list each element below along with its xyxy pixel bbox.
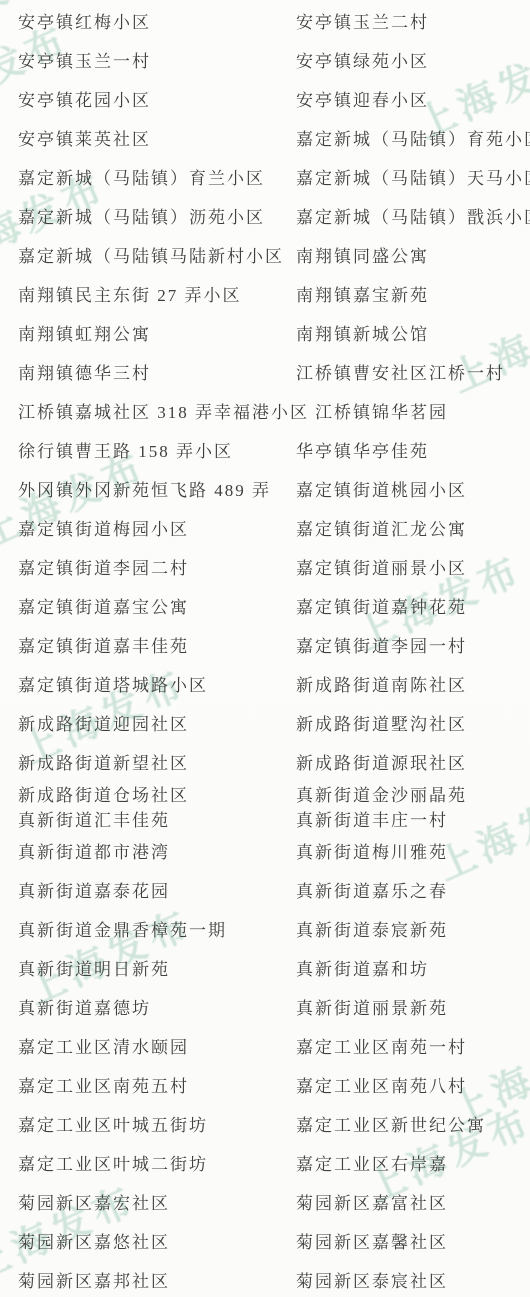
community-item: 真新街道嘉德坊 — [0, 994, 290, 1019]
community-item: 嘉定工业区新世纪公寓 — [290, 1111, 530, 1136]
community-item: 江桥镇嘉城社区 318 弄幸福港小区 — [0, 398, 309, 423]
community-item: 菊园新区嘉馨社区 — [290, 1228, 530, 1253]
community-item: 嘉定新城（马陆镇）天马小区 — [290, 164, 530, 189]
list-row: 嘉定镇街道嘉丰佳苑嘉定镇街道李园一村 — [0, 625, 530, 664]
community-item: 嘉定工业区南苑五村 — [0, 1072, 290, 1097]
list-row: 新成路街道仓场社区真新街道金沙丽晶苑 — [0, 781, 530, 806]
community-item: 嘉定新城（马陆镇马陆新村小区 — [0, 242, 290, 267]
list-row: 菊园新区嘉宏社区菊园新区嘉富社区 — [0, 1182, 530, 1221]
community-item: 新成路街道墅沟社区 — [290, 710, 530, 735]
community-item: 真新街道汇丰佳苑 — [0, 806, 290, 831]
community-item: 真新街道泰宸新苑 — [290, 916, 530, 941]
list-row: 嘉定新城（马陆镇）育兰小区嘉定新城（马陆镇）天马小区 — [0, 157, 530, 196]
community-item: 嘉定新城（马陆镇）育苑小区 — [290, 125, 530, 150]
community-item: 外冈镇外冈新苑恒飞路 489 弄 — [0, 476, 290, 501]
community-item: 嘉定镇街道嘉钟花苑 — [290, 593, 530, 618]
community-item: 江桥镇锦华茗园 — [309, 398, 530, 423]
list-row: 嘉定工业区南苑五村嘉定工业区南苑八村 — [0, 1065, 530, 1104]
list-row: 菊园新区嘉邦社区菊园新区泰宸社区 — [0, 1260, 530, 1297]
community-item: 真新街道丰庄一村 — [290, 806, 530, 831]
community-item: 真新街道嘉乐之春 — [290, 877, 530, 902]
list-row: 嘉定镇街道李园二村嘉定镇街道丽景小区 — [0, 547, 530, 586]
list-row: 真新街道汇丰佳苑真新街道丰庄一村 — [0, 806, 530, 831]
community-item: 安亭镇红梅小区 — [0, 8, 290, 33]
list-row: 嘉定镇街道梅园小区嘉定镇街道汇龙公寓 — [0, 508, 530, 547]
community-item: 嘉定新城（马陆镇）戬浜小区 — [290, 203, 530, 228]
list-row: 嘉定新城（马陆镇）沥苑小区嘉定新城（马陆镇）戬浜小区 — [0, 196, 530, 235]
community-item: 嘉定工业区叶城五街坊 — [0, 1111, 290, 1136]
community-item: 新成路街道南陈社区 — [290, 671, 530, 696]
community-item: 真新街道金鼎香樟苑一期 — [0, 916, 290, 941]
community-item: 嘉定工业区右岸嘉 — [290, 1150, 530, 1175]
list-row: 南翔镇德华三村江桥镇曹安社区江桥一村 — [0, 352, 530, 391]
list-row: 嘉定镇街道嘉宝公寓嘉定镇街道嘉钟花苑 — [0, 586, 530, 625]
community-item: 嘉定镇街道塔城路小区 — [0, 671, 290, 696]
community-item: 嘉定镇街道李园一村 — [290, 632, 530, 657]
community-item: 南翔镇新城公馆 — [290, 320, 530, 345]
community-item: 菊园新区嘉富社区 — [290, 1189, 530, 1214]
list-row: 安亭镇莱英社区嘉定新城（马陆镇）育苑小区 — [0, 118, 530, 157]
community-item: 江桥镇曹安社区江桥一村 — [290, 359, 530, 384]
list-row: 新成路街道新望社区新成路街道源珉社区 — [0, 742, 530, 781]
list-row: 徐行镇曹王路 158 弄小区华亭镇华亭佳苑 — [0, 430, 530, 469]
list-row: 南翔镇虹翔公寓南翔镇新城公馆 — [0, 313, 530, 352]
list-row: 真新街道金鼎香樟苑一期真新街道泰宸新苑 — [0, 909, 530, 948]
community-item: 嘉定镇街道李园二村 — [0, 554, 290, 579]
community-item: 南翔镇虹翔公寓 — [0, 320, 290, 345]
community-item: 嘉定工业区南苑八村 — [290, 1072, 530, 1097]
community-list: 安亭镇红梅小区安亭镇玉兰二村安亭镇玉兰一村安亭镇绿苑小区安亭镇花园小区安亭镇迎春… — [0, 0, 530, 1297]
list-row: 嘉定工业区叶城五街坊嘉定工业区新世纪公寓 — [0, 1104, 530, 1143]
community-item: 真新街道嘉泰花园 — [0, 877, 290, 902]
list-row: 真新街道嘉德坊真新街道丽景新苑 — [0, 987, 530, 1026]
community-item: 嘉定镇街道桃园小区 — [290, 476, 530, 501]
community-item: 嘉定新城（马陆镇）沥苑小区 — [0, 203, 290, 228]
community-item: 新成路街道源珉社区 — [290, 749, 530, 774]
community-item: 菊园新区嘉悠社区 — [0, 1228, 290, 1253]
community-item: 菊园新区嘉宏社区 — [0, 1189, 290, 1214]
community-item: 新成路街道仓场社区 — [0, 781, 290, 806]
list-row: 外冈镇外冈新苑恒飞路 489 弄嘉定镇街道桃园小区 — [0, 469, 530, 508]
community-item: 安亭镇玉兰二村 — [290, 8, 530, 33]
community-item: 新成路街道迎园社区 — [0, 710, 290, 735]
list-row: 真新街道嘉泰花园真新街道嘉乐之春 — [0, 870, 530, 909]
list-row: 嘉定新城（马陆镇马陆新村小区南翔镇同盛公寓 — [0, 235, 530, 274]
list-row: 嘉定工业区清水颐园嘉定工业区南苑一村 — [0, 1026, 530, 1065]
community-item: 华亭镇华亭佳苑 — [290, 437, 530, 462]
community-item: 嘉定镇街道嘉宝公寓 — [0, 593, 290, 618]
community-item: 真新街道明日新苑 — [0, 955, 290, 980]
list-row: 菊园新区嘉悠社区菊园新区嘉馨社区 — [0, 1221, 530, 1260]
community-item: 嘉定新城（马陆镇）育兰小区 — [0, 164, 290, 189]
community-item: 安亭镇迎春小区 — [290, 86, 530, 111]
community-item: 嘉定镇街道梅园小区 — [0, 515, 290, 540]
community-item: 嘉定工业区清水颐园 — [0, 1033, 290, 1058]
community-item: 南翔镇同盛公寓 — [290, 242, 530, 267]
community-item: 真新街道金沙丽晶苑 — [290, 781, 530, 806]
community-item: 嘉定镇街道汇龙公寓 — [290, 515, 530, 540]
community-item: 嘉定镇街道丽景小区 — [290, 554, 530, 579]
list-row: 南翔镇民主东街 27 弄小区南翔镇嘉宝新苑 — [0, 274, 530, 313]
list-row: 新成路街道迎园社区新成路街道墅沟社区 — [0, 703, 530, 742]
community-item: 真新街道丽景新苑 — [290, 994, 530, 1019]
list-row: 江桥镇嘉城社区 318 弄幸福港小区江桥镇锦华茗园 — [0, 391, 530, 430]
community-item: 徐行镇曹王路 158 弄小区 — [0, 437, 290, 462]
community-item: 菊园新区嘉邦社区 — [0, 1267, 290, 1292]
list-row: 嘉定镇街道塔城路小区新成路街道南陈社区 — [0, 664, 530, 703]
community-item: 真新街道嘉和坊 — [290, 955, 530, 980]
community-item: 嘉定镇街道嘉丰佳苑 — [0, 632, 290, 657]
community-item: 安亭镇绿苑小区 — [290, 47, 530, 72]
community-item: 安亭镇莱英社区 — [0, 125, 290, 150]
document-page: 上海发布上海发布上海发布上海发布上海发布上海发布上海发布上海发布上海发布上海发布… — [0, 0, 530, 1297]
community-item: 菊园新区泰宸社区 — [290, 1267, 530, 1292]
list-row: 安亭镇花园小区安亭镇迎春小区 — [0, 79, 530, 118]
community-item: 南翔镇民主东街 27 弄小区 — [0, 281, 290, 306]
list-row: 真新街道都市港湾真新街道梅川雅苑 — [0, 831, 530, 870]
community-item: 真新街道都市港湾 — [0, 838, 290, 863]
community-item: 真新街道梅川雅苑 — [290, 838, 530, 863]
community-item: 新成路街道新望社区 — [0, 749, 290, 774]
list-row: 安亭镇玉兰一村安亭镇绿苑小区 — [0, 40, 530, 79]
list-row: 安亭镇红梅小区安亭镇玉兰二村 — [0, 1, 530, 40]
community-item: 安亭镇花园小区 — [0, 86, 290, 111]
list-row: 真新街道明日新苑真新街道嘉和坊 — [0, 948, 530, 987]
community-item: 南翔镇嘉宝新苑 — [290, 281, 530, 306]
community-item: 嘉定工业区叶城二街坊 — [0, 1150, 290, 1175]
community-item: 嘉定工业区南苑一村 — [290, 1033, 530, 1058]
community-item: 安亭镇玉兰一村 — [0, 47, 290, 72]
community-item: 南翔镇德华三村 — [0, 359, 290, 384]
list-row: 嘉定工业区叶城二街坊嘉定工业区右岸嘉 — [0, 1143, 530, 1182]
